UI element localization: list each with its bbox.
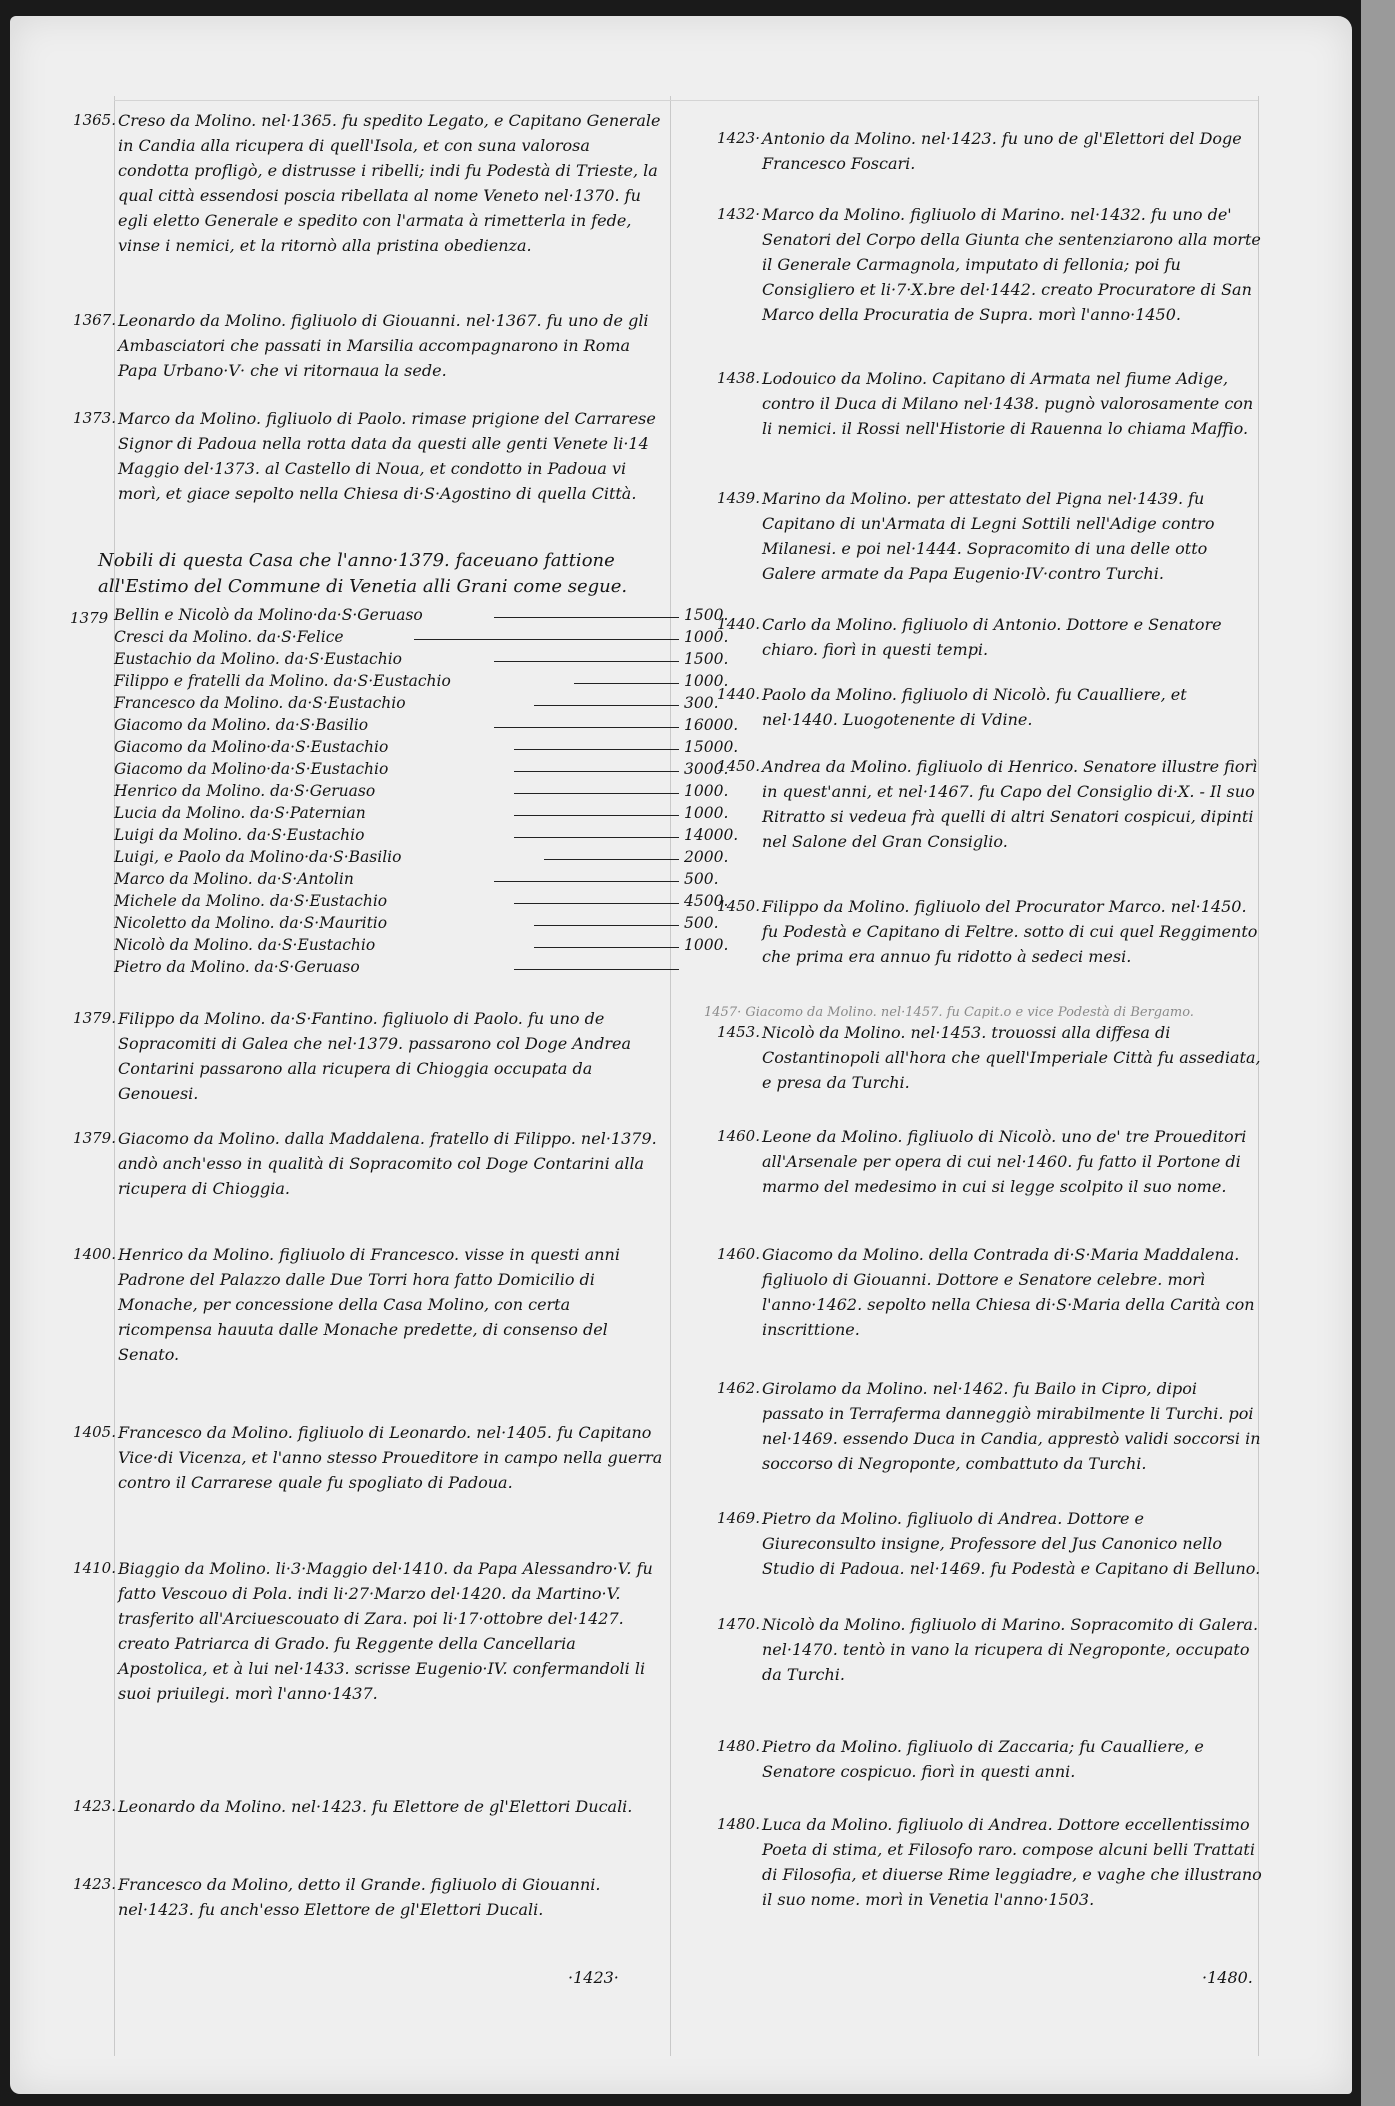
estimo-row: Nicoletto da Molino. da·S·Mauritio500.: [114, 914, 734, 936]
entry-1423-leonardo: 1423. Leonardo da Molino. nel·1423. fu E…: [118, 1794, 666, 1819]
entry-year: 1440.: [700, 682, 760, 707]
estimo-list: 1379 Bellin e Nicolò da Molino·da·S·Geru…: [114, 606, 754, 986]
entry-year: 1373.: [56, 406, 116, 431]
entry-text: Creso da Molino. nel·1365. fu spedito Le…: [118, 108, 666, 258]
entry-year: 1470.: [700, 1612, 760, 1637]
entry-text: Nicolò da Molino. nel·1453. trouossi all…: [762, 1020, 1262, 1095]
entry-1462: 1462. Girolamo da Molino. nel·1462. fu B…: [762, 1376, 1262, 1476]
entry-text: Biaggio da Molino. li·3·Maggio del·1410.…: [118, 1556, 666, 1706]
entry-1453: 1453. Nicolò da Molino. nel·1453. trouos…: [762, 1020, 1262, 1095]
entry-text: Filippo da Molino. da·S·Fantino. figliuo…: [118, 1006, 666, 1106]
entry-year: 1453.: [700, 1020, 760, 1045]
entry-1367: 1367. Leonardo da Molino. figliuolo di G…: [118, 308, 666, 383]
entry-text: Paolo da Molino. figliuolo di Nicolò. fu…: [762, 682, 1262, 732]
entry-year: 1438.: [700, 366, 760, 391]
column-divider-rule: [670, 96, 671, 2056]
entry-year: 1460.: [700, 1242, 760, 1267]
entry-year: 1367.: [56, 308, 116, 333]
top-rule: [114, 100, 1258, 101]
estimo-row: Pietro da Molino. da·S·Geruaso: [114, 958, 734, 980]
entry-year: 1432·: [700, 202, 760, 227]
entry-1365: 1365. Creso da Molino. nel·1365. fu sped…: [118, 108, 666, 258]
entry-1440-carlo: 1440. Carlo da Molino. figliuolo di Anto…: [762, 612, 1262, 662]
entry-1400: 1400. Henrico da Molino. figliuolo di Fr…: [118, 1242, 666, 1367]
entry-1440-paolo: 1440. Paolo da Molino. figliuolo di Nico…: [762, 682, 1262, 732]
estimo-row: Nicolò da Molino. da·S·Eustachio1000.: [114, 936, 734, 958]
entry-text: Marco da Molino. figliuolo di Paolo. rim…: [118, 406, 666, 506]
entry-1379-filippo: 1379. Filippo da Molino. da·S·Fantino. f…: [118, 1006, 666, 1106]
entry-year: 1400.: [56, 1242, 116, 1267]
entry-1460-giacomo: 1460. Giacomo da Molino. della Contrada …: [762, 1242, 1262, 1342]
estimo-year: 1379: [70, 606, 108, 631]
entry-1423-antonio: 1423· Antonio da Molino. nel·1423. fu un…: [762, 126, 1262, 176]
entry-year: 1460.: [700, 1124, 760, 1149]
entry-1439: 1439. Marino da Molino. per attestato de…: [762, 486, 1262, 586]
entry-year: 1450.: [700, 754, 760, 779]
estimo-row: Cresci da Molino. da·S·Felice1000.: [114, 628, 734, 650]
entry-1460-leone: 1460. Leone da Molino. figliuolo di Nico…: [762, 1124, 1262, 1199]
entry-text: Francesco da Molino. figliuolo di Leonar…: [118, 1420, 666, 1495]
entry-year: 1379.: [56, 1126, 116, 1151]
entry-text: Henrico da Molino. figliuolo di Francesc…: [118, 1242, 666, 1367]
entry-text: Pietro da Molino. figliuolo di Andrea. D…: [762, 1506, 1262, 1581]
entry-year: 1423.: [56, 1794, 116, 1819]
estimo-row: Filippo e fratelli da Molino. da·S·Eusta…: [114, 672, 734, 694]
entry-year: 1462.: [700, 1376, 760, 1401]
left-margin-rule: [114, 96, 115, 2056]
entry-1432: 1432· Marco da Molino. figliuolo di Mari…: [762, 202, 1262, 327]
right-page-catchword: ·1480.: [1202, 1968, 1253, 1987]
entry-year: 1439.: [700, 486, 760, 511]
entry-text: Pietro da Molino. figliuolo di Zaccaria;…: [762, 1734, 1262, 1784]
entry-year: 1440.: [700, 612, 760, 637]
estimo-row: Michele da Molino. da·S·Eustachio4500.: [114, 892, 734, 914]
entry-1405: 1405. Francesco da Molino. figliuolo di …: [118, 1420, 666, 1495]
entry-year: 1480.: [700, 1812, 760, 1837]
entry-year: 1405.: [56, 1420, 116, 1445]
entry-text: Leonardo da Molino. figliuolo di Giouann…: [118, 308, 666, 383]
entry-text: Leone da Molino. figliuolo di Nicolò. un…: [762, 1124, 1262, 1199]
estimo-row: Luigi, e Paolo da Molino·da·S·Basilio200…: [114, 848, 734, 870]
entry-text: Nicolò da Molino. figliuolo di Marino. S…: [762, 1612, 1262, 1687]
scan-background-strip: [1361, 0, 1395, 2106]
entry-text: Francesco da Molino, detto il Grande. fi…: [118, 1872, 666, 1922]
entry-1438: 1438. Lodouico da Molino. Capitano di Ar…: [762, 366, 1262, 441]
estimo-row: Lucia da Molino. da·S·Paternian1000.: [114, 804, 734, 826]
entry-text: Lodouico da Molino. Capitano di Armata n…: [762, 366, 1262, 441]
estimo-row: Eustachio da Molino. da·S·Eustachio1500.: [114, 650, 734, 672]
entry-text: Giacomo da Molino. dalla Maddalena. frat…: [118, 1126, 666, 1201]
entry-text: Andrea da Molino. figliuolo di Henrico. …: [762, 754, 1262, 854]
entry-1450-filippo: 1450. Filippo da Molino. figliuolo del P…: [762, 894, 1262, 969]
entry-1480-luca: 1480. Luca da Molino. figliuolo di Andre…: [762, 1812, 1262, 1912]
left-page-catchword: ·1423·: [568, 1968, 619, 1987]
estimo-row: Bellin e Nicolò da Molino·da·S·Geruaso15…: [114, 606, 734, 628]
entry-1470: 1470. Nicolò da Molino. figliuolo di Mar…: [762, 1612, 1262, 1687]
estimo-row: Francesco da Molino. da·S·Eustachio300.: [114, 694, 734, 716]
entry-text: Carlo da Molino. figliuolo di Antonio. D…: [762, 612, 1262, 662]
estimo-row: Giacomo da Molino·da·S·Eustachio15000.: [114, 738, 734, 760]
entry-1410: 1410. Biaggio da Molino. li·3·Maggio del…: [118, 1556, 666, 1706]
entry-text: Girolamo da Molino. nel·1462. fu Bailo i…: [762, 1376, 1262, 1476]
estimo-row: Giacomo da Molino. da·S·Basilio16000.: [114, 716, 734, 738]
entry-1480-pietro: 1480. Pietro da Molino. figliuolo di Zac…: [762, 1734, 1262, 1784]
estimo-row: Marco da Molino. da·S·Antolin500.: [114, 870, 734, 892]
entry-year: 1423·: [700, 126, 760, 151]
estimo-row: Luigi da Molino. da·S·Eustachio14000.: [114, 826, 734, 848]
entry-year: 1379.: [56, 1006, 116, 1031]
entry-year: 1410.: [56, 1556, 116, 1581]
entry-text: Giacomo da Molino. della Contrada di·S·M…: [762, 1242, 1262, 1342]
entry-text: Marco da Molino. figliuolo di Marino. ne…: [762, 202, 1262, 327]
entry-text: Leonardo da Molino. nel·1423. fu Elettor…: [118, 1794, 666, 1819]
entry-text: Filippo da Molino. figliuolo del Procura…: [762, 894, 1262, 969]
entry-1450-andrea: 1450. Andrea da Molino. figliuolo di Hen…: [762, 754, 1262, 854]
entry-text: Luca da Molino. figliuolo di Andrea. Dot…: [762, 1812, 1262, 1912]
entry-1469: 1469. Pietro da Molino. figliuolo di And…: [762, 1506, 1262, 1581]
entry-year: 1469.: [700, 1506, 760, 1531]
entry-1379-giacomo: 1379. Giacomo da Molino. dalla Maddalena…: [118, 1126, 666, 1201]
entry-1423-francesco: 1423. Francesco da Molino, detto il Gran…: [118, 1872, 666, 1922]
entry-text: Antonio da Molino. nel·1423. fu uno de g…: [762, 126, 1262, 176]
entry-year: 1450.: [700, 894, 760, 919]
estimo-row: Giacomo da Molino·da·S·Eustachio3000.: [114, 760, 734, 782]
estimo-row: Henrico da Molino. da·S·Geruaso1000.: [114, 782, 734, 804]
estimo-heading: Nobili di questa Casa che l'anno·1379. f…: [98, 548, 678, 600]
entry-year: 1365.: [56, 108, 116, 133]
manuscript-page: 1365. Creso da Molino. nel·1365. fu sped…: [10, 16, 1352, 2094]
entry-year: 1423.: [56, 1872, 116, 1897]
entry-1373: 1373. Marco da Molino. figliuolo di Paol…: [118, 406, 666, 506]
entry-text: Marino da Molino. per attestato del Pign…: [762, 486, 1262, 586]
entry-year: 1480.: [700, 1734, 760, 1759]
